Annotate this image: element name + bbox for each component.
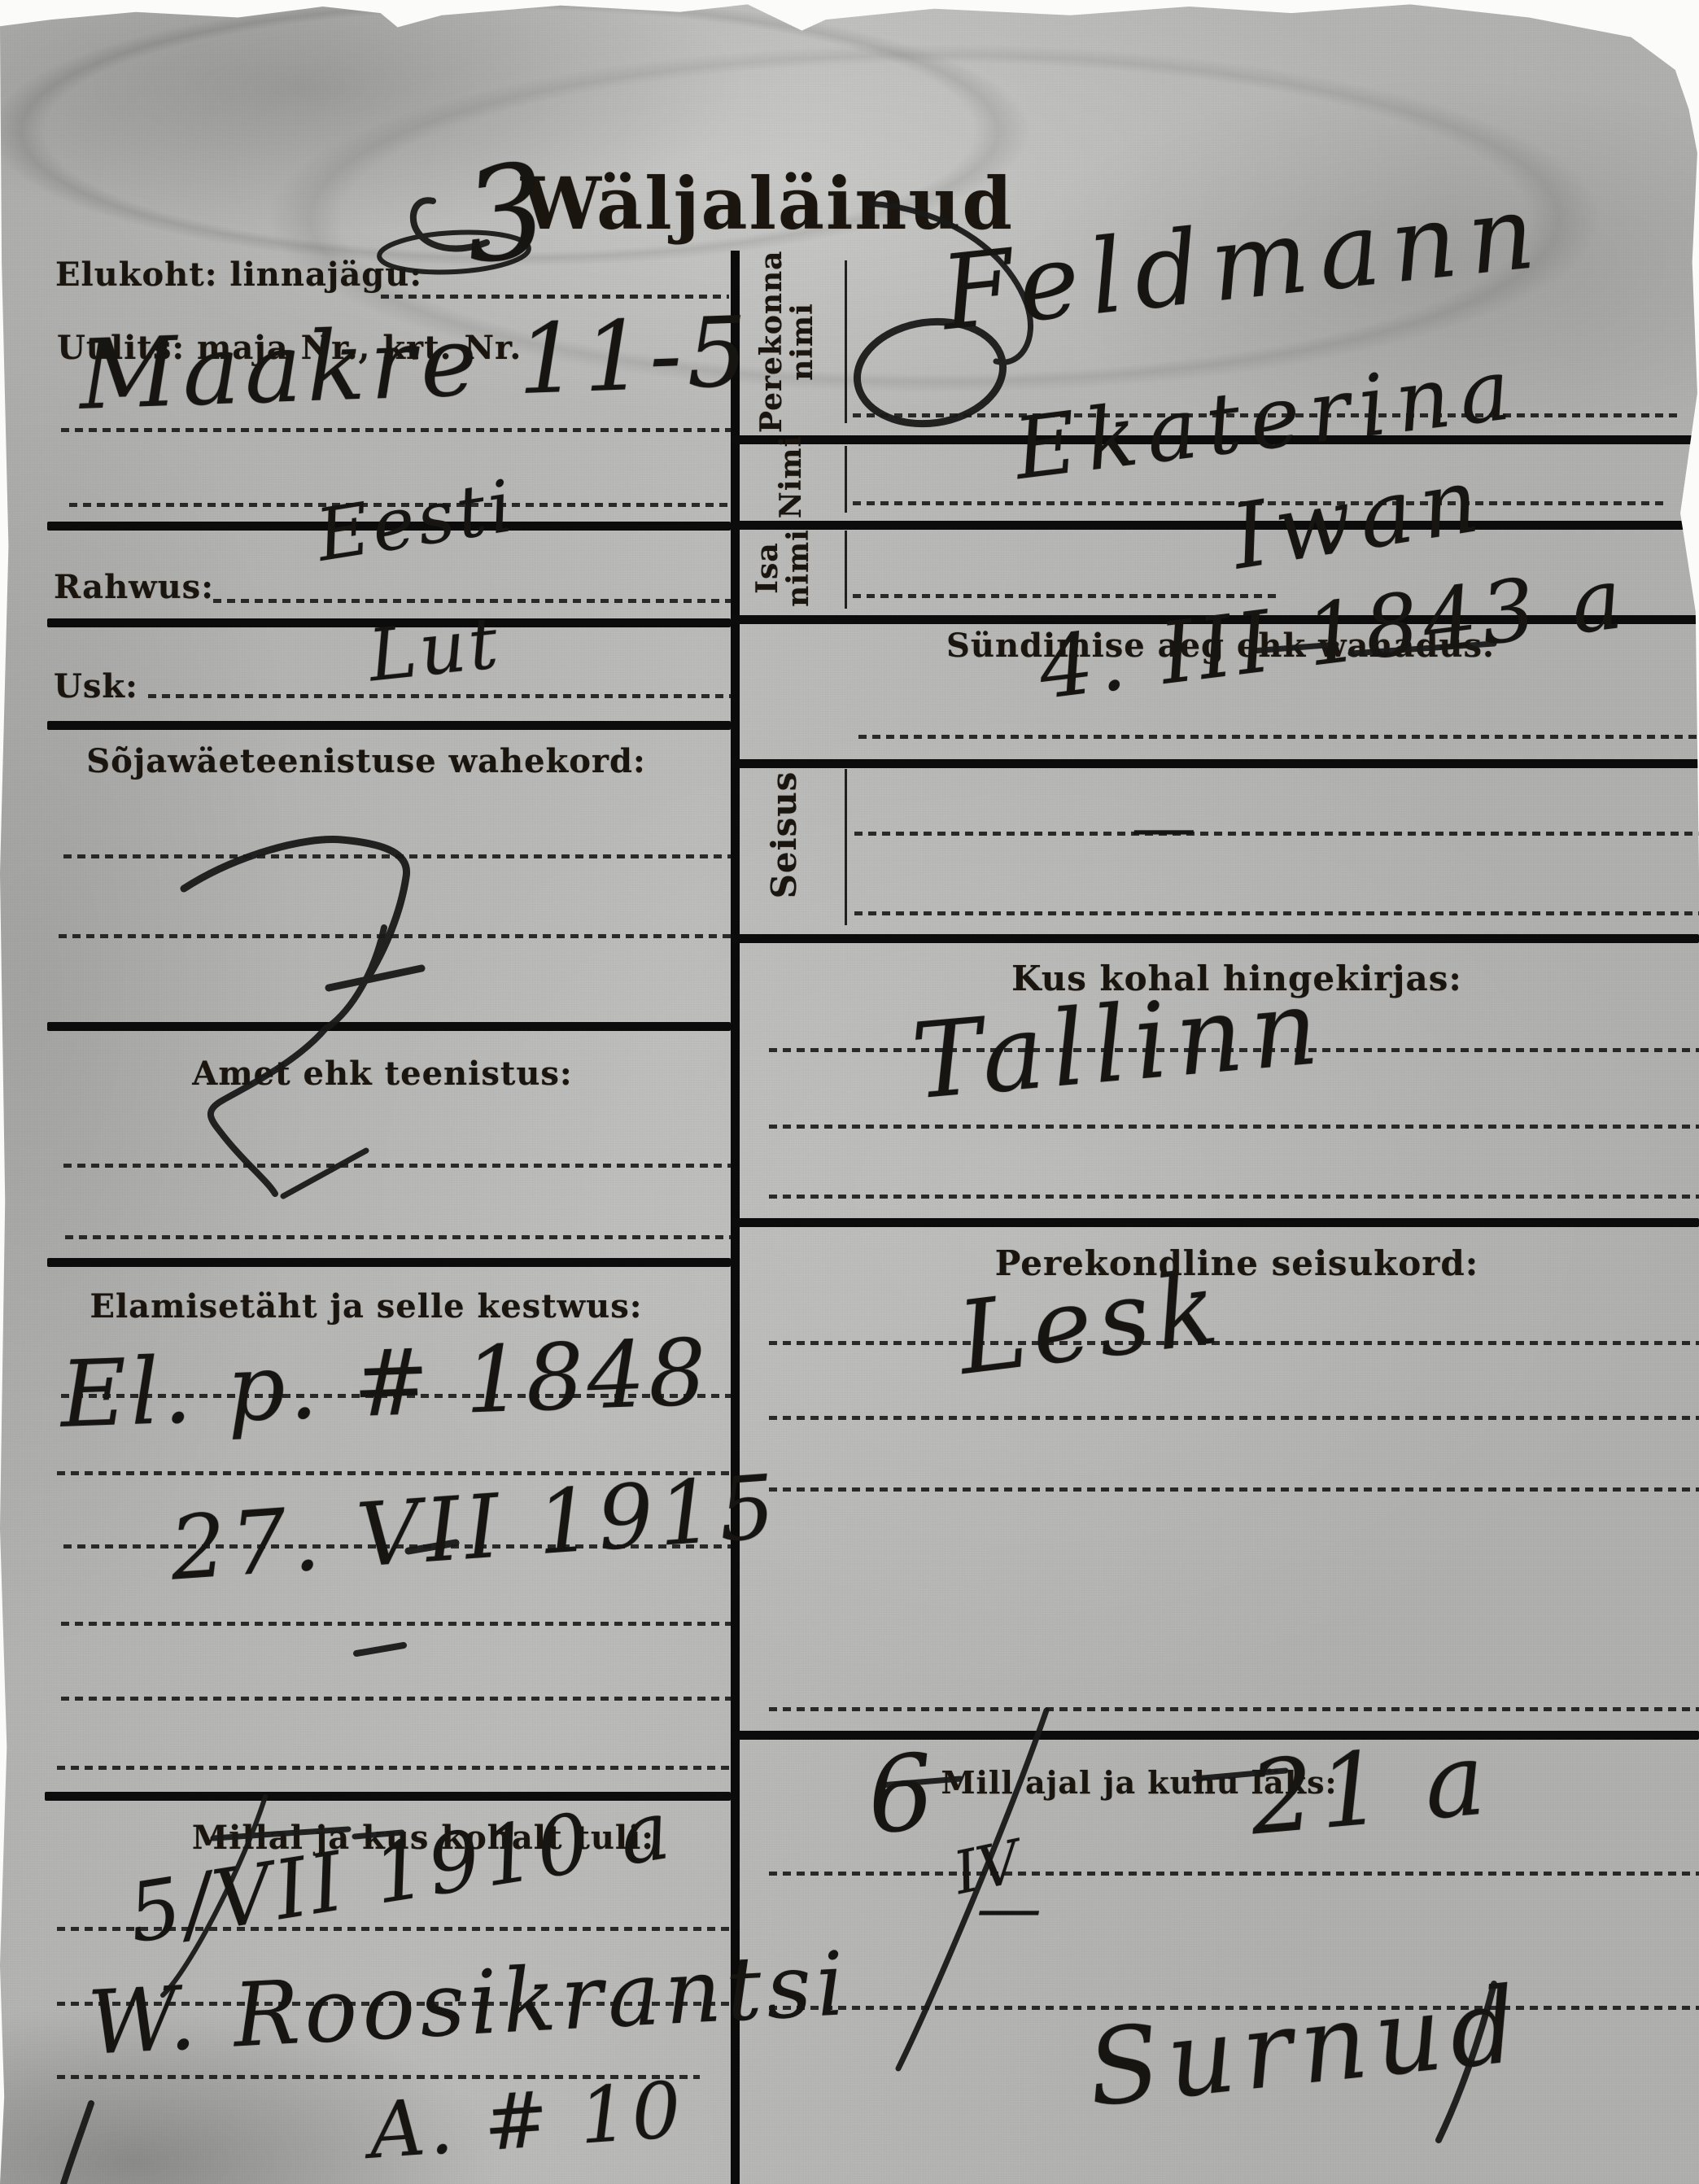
section-rule	[47, 721, 731, 730]
dotted-line	[854, 911, 1699, 915]
field-label-father-name: Isa nimi	[753, 519, 834, 617]
dotted-line	[61, 1697, 731, 1701]
dotted-line	[63, 854, 731, 858]
label-separator-line	[845, 446, 847, 513]
dotted-line	[769, 1707, 1699, 1711]
handwritten-departure-year: 21 a	[1245, 1720, 1495, 1858]
section-rule	[47, 1258, 731, 1267]
ink-swoosh-cross	[329, 968, 421, 988]
section-rule	[731, 1218, 1699, 1227]
handwritten-departure-note: Surnud	[1082, 1964, 1531, 2130]
dotted-line	[61, 428, 731, 432]
dotted-line	[769, 1195, 1699, 1199]
handwritten-doc-number: 3	[456, 135, 555, 294]
field-label-family-status: Perekondline seisukord:	[854, 1243, 1619, 1283]
handwritten-arrival-house: A. # 10	[366, 2065, 687, 2177]
scanned-registration-card: 3 Wäljaläinud Elukoht: linnajägu: Uulits…	[0, 0, 1699, 2184]
section-rule	[731, 934, 1699, 943]
label-separator-line	[845, 531, 847, 609]
field-label-rahwus: Rahwus:	[54, 568, 214, 606]
handwritten-arrival-date: 5/VII 1910 a	[122, 1782, 679, 1962]
dotted-line	[61, 1622, 731, 1626]
dotted-line	[769, 1341, 1699, 1345]
handwritten-nationality-value: Eesti	[311, 464, 521, 578]
section-label-residence-permit: Elamisetäht ja selle kestwus:	[57, 1287, 675, 1326]
dotted-line	[769, 1416, 1699, 1420]
dotted-line	[854, 832, 1699, 836]
handwritten-departure-dash: —	[976, 1870, 1042, 1946]
section-label-military-service: Sõjawäeteenistuse wahekord:	[73, 742, 659, 780]
label-separator-line	[845, 769, 847, 925]
handwritten-street-value: Maakre 11-5	[77, 295, 754, 431]
dotted-line	[65, 1235, 731, 1239]
field-label-estate: Seisus	[767, 752, 828, 918]
dotted-line	[57, 1766, 731, 1770]
ink-swoosh-upper	[184, 840, 407, 975]
column-divider-line	[731, 251, 740, 2184]
field-label-usk: Usk:	[54, 667, 138, 705]
field-label-family-name: Perekonna nimi	[757, 251, 841, 433]
handwritten-religion-value: Lut	[365, 601, 504, 697]
dotted-line	[769, 1487, 1699, 1492]
dotted-line	[858, 735, 1699, 739]
page-title: Wäljaläinud	[521, 161, 895, 246]
dotted-line	[769, 1125, 1699, 1129]
handwritten-estate-dash: —	[1131, 789, 1196, 865]
label-separator-line	[845, 260, 847, 423]
paper-sheet: 3 Wäljaläinud Elukoht: linnajägu: Uulits…	[0, 0, 1699, 2184]
field-label-elukoht: Elukoht: linnajägu:	[55, 256, 422, 294]
section-rule	[47, 1022, 731, 1031]
ink-corner-stroke	[63, 2103, 91, 2184]
dotted-line	[148, 694, 731, 698]
handwritten-family-name: Feldmann	[936, 171, 1551, 353]
ink-swoosh-tick	[283, 1151, 366, 1196]
dotted-line	[769, 1872, 1699, 1876]
section-rule	[731, 759, 1699, 768]
ink-dash-b	[356, 1645, 404, 1653]
dotted-line	[59, 934, 731, 938]
section-label-occupation: Amet ehk teenistus:	[122, 1055, 643, 1093]
handwritten-permit-date: 27. VII 1915	[167, 1457, 783, 1601]
section-rule	[731, 521, 1699, 530]
dotted-line	[63, 1164, 731, 1168]
handwritten-permit-value: El. p. # 1848	[59, 1320, 711, 1448]
field-label-given-name: Nimi	[776, 420, 822, 534]
handwritten-departure-day: 6	[863, 1732, 939, 1859]
